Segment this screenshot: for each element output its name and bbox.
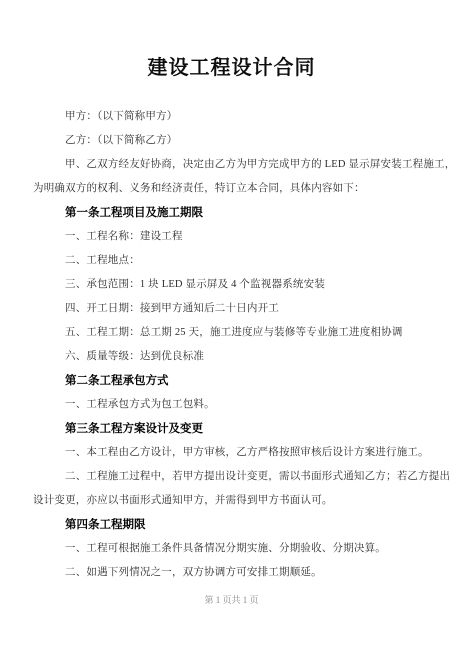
line-party-b: 乙方：（以下简称乙方） — [0, 129, 463, 153]
line-article4-item-1: 一、工程可根据施工条件具备情况分期实施、分期验收、分期决算。 — [0, 537, 463, 561]
line-article1-item-2: 二、工程地点： — [0, 249, 463, 273]
contract-document-page: 建设工程设计合同 甲方：（以下简称甲方） 乙方：（以下简称乙方） 甲、乙双方经友… — [0, 0, 463, 655]
heading-article-4: 第四条工程期限 — [0, 513, 463, 537]
line-article3-item-1: 一、本工程由乙方设计，甲方审核，乙方严格按照审核后设计方案进行施工。 — [0, 441, 463, 465]
heading-article-2: 第二条工程承包方式 — [0, 369, 463, 393]
line-article1-item-1: 一、工程名称：建设工程 — [0, 225, 463, 249]
document-body: 甲方：（以下简称甲方） 乙方：（以下简称乙方） 甲、乙双方经友好协商，决定由乙方… — [0, 105, 463, 585]
line-article1-item-6: 六、质量等级：达到优良标准 — [0, 345, 463, 369]
page-number-footer: 第 1 页共 1 页 — [0, 594, 463, 606]
line-article1-item-4: 四、开工日期：接到甲方通知后二十日内开工 — [0, 297, 463, 321]
document-title: 建设工程设计合同 — [0, 0, 463, 82]
line-article3-item-2: 二、工程施工过程中，若甲方提出设计变更，需以书面形式通知乙方；若乙方提出 — [0, 465, 463, 489]
heading-article-1: 第一条工程项目及施工期限 — [0, 201, 463, 225]
line-article3-item-2-cont: 设计变更，亦应以书面形式通知甲方，并需得到甲方书面认可。 — [0, 489, 463, 513]
line-preamble-1: 甲、乙双方经友好协商，决定由乙方为甲方完成甲方的 LED 显示屏安装工程施工， — [0, 153, 463, 177]
line-article1-item-3: 三、承包范围：1 块 LED 显示屏及 4 个监视器系统安装 — [0, 273, 463, 297]
line-article4-item-2: 二、如遇下列情况之一，双方协调方可安排工期顺延。 — [0, 561, 463, 585]
line-article1-item-5: 五、工程工期：总工期 25 天，施工进度应与装修等专业施工进度相协调 — [0, 321, 463, 345]
line-party-a: 甲方：（以下简称甲方） — [0, 105, 463, 129]
heading-article-3: 第三条工程方案设计及变更 — [0, 417, 463, 441]
line-preamble-2: 为明确双方的权利、义务和经济责任，特订立本合同，具体内容如下： — [0, 177, 463, 201]
line-article2-item-1: 一、工程承包方式为包工包料。 — [0, 393, 463, 417]
